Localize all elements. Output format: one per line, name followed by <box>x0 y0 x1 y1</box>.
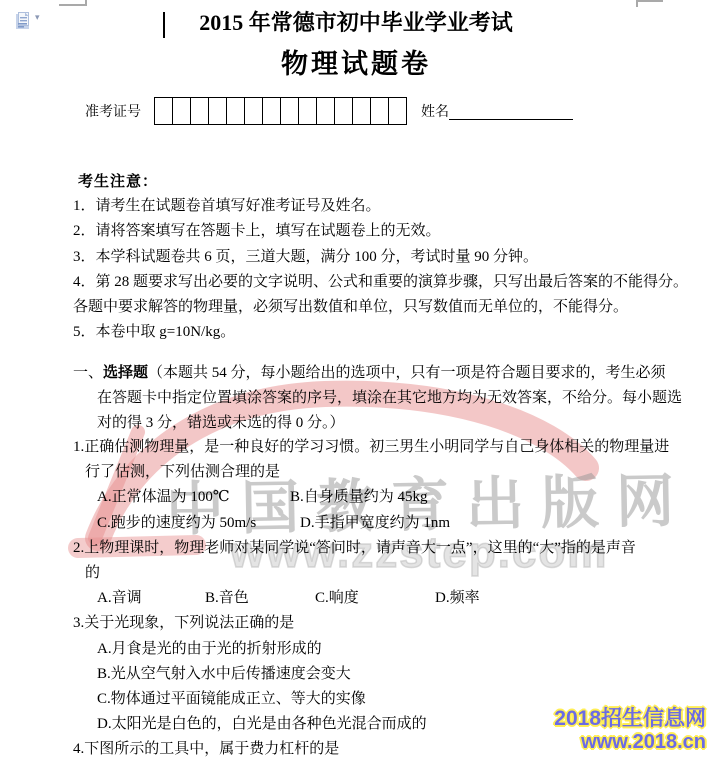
admission-box <box>244 97 263 125</box>
admission-box <box>280 97 299 125</box>
admission-box <box>208 97 227 125</box>
admission-box <box>154 97 173 125</box>
footer-site-url: www.2018.cn <box>554 731 706 754</box>
section-number: 一、 <box>73 365 103 381</box>
admission-box <box>226 97 245 125</box>
option-b: B.音色 <box>205 586 315 611</box>
paper-subject-title: 物理试题卷 <box>0 42 712 81</box>
admission-box <box>370 97 389 125</box>
section-intro-line: 一、选择题（本题共 54 分，每小题给出的选项中，只有一项是符合题目要求的，考生… <box>73 360 703 386</box>
exam-document-page: 中国教育出版网 www.zzstep.com ▾ 2015 年常德市初中毕业学业… <box>0 0 712 764</box>
section-intro-line: 对的得 3 分，错选或未选的得 0 分。） <box>73 411 703 436</box>
admission-box <box>172 97 191 125</box>
notice-line: 1．请考生在试题卷首填写好准考证号及姓名。 <box>73 194 703 219</box>
footer-brand: 2018招生信息网 www.2018.cn <box>554 707 706 754</box>
option-b: B.自身质量约为 45kg <box>290 489 428 505</box>
notice-line: 4．第 28 题要求写出必要的文字说明、公式和重要的演算步骤，只写出最后答案的不… <box>73 270 703 295</box>
admission-box <box>316 97 335 125</box>
section-title: 选择题 <box>103 364 148 381</box>
question-1-text: 行了估测，下列估测合理的是 <box>73 460 705 485</box>
notice-line: 3．本学科试题卷共 6 页，三道大题，满分 100 分，考试时量 90 分钟。 <box>73 245 703 270</box>
option-c: C.跑步的速度约为 50m/s <box>97 511 300 536</box>
name-blank-line <box>449 102 573 120</box>
option-c: C.响度 <box>315 586 435 611</box>
footer-site-name: 2018招生信息网 <box>554 707 706 731</box>
notice-block: 考生注意： 1．请考生在试题卷首填写好准考证号及姓名。 2．请将答案填写在答题卡… <box>73 169 703 345</box>
option-a: A.月食是光的由于光的折射形成的 <box>73 637 705 662</box>
section-intro-line: 在答题卡中指定位置填涂答案的序号，填涂在其它地方均为无效答案，不给分。每小题选 <box>73 386 703 411</box>
notice-line: 2．请将答案填写在答题卡上，填写在试题卷上的无效。 <box>73 219 703 244</box>
admission-box <box>388 97 407 125</box>
option-d: D.手指甲宽度约为 1nm <box>300 515 450 531</box>
admission-box <box>190 97 209 125</box>
question-2-options-row: A.音调B.音色C.响度D.频率 <box>73 586 705 611</box>
admission-number-grid <box>154 97 407 125</box>
exam-title: 2015 年常德市初中毕业学业考试 <box>0 6 712 37</box>
document-content: 2015 年常德市初中毕业学业考试 物理试题卷 准考证号 姓名 考生注意： 1．… <box>0 0 712 764</box>
section-one-intro: 一、选择题（本题共 54 分，每小题给出的选项中，只有一项是符合题目要求的，考生… <box>73 360 703 437</box>
name-label: 姓名 <box>421 101 449 121</box>
question-2-text: 2.上物理课时，物理老师对某同学说“答问时，请声音大一点”，这里的“大”指的是声… <box>73 536 705 561</box>
notice-line: 5．本卷中取 g=10N/kg。 <box>73 320 703 345</box>
notice-line: 各题中要求解答的物理量，必须写出数值和单位，只写数值而无单位的，不能得分。 <box>73 295 703 320</box>
option-d: D.频率 <box>435 590 480 606</box>
question-3-text: 3.关于光现象，下列说法正确的是 <box>73 611 705 636</box>
notice-title: 考生注意： <box>73 169 703 194</box>
question-2-text: 的 <box>73 561 705 586</box>
admission-box <box>352 97 371 125</box>
question-1-options-row: C.跑步的速度约为 50m/sD.手指甲宽度约为 1nm <box>73 511 705 536</box>
option-a: A.正常体温为 100℃ <box>97 485 290 510</box>
question-1-options-row: A.正常体温为 100℃B.自身质量约为 45kg <box>73 485 705 510</box>
admission-box <box>298 97 317 125</box>
section-intro-rest: （本题共 54 分，每小题给出的选项中，只有一项是符合题目要求的，考生必须 <box>148 365 666 381</box>
admission-box <box>262 97 281 125</box>
question-1-text: 1.正确估测物理量，是一种良好的学习习惯。初三男生小明同学与自己身体相关的物理量… <box>73 435 705 460</box>
admission-row: 准考证号 姓名 <box>85 97 573 125</box>
option-a: A.音调 <box>97 586 205 611</box>
option-b: B.光从空气射入水中后传播速度会变大 <box>73 662 705 687</box>
admission-ticket-label: 准考证号 <box>85 101 141 121</box>
admission-box <box>334 97 353 125</box>
